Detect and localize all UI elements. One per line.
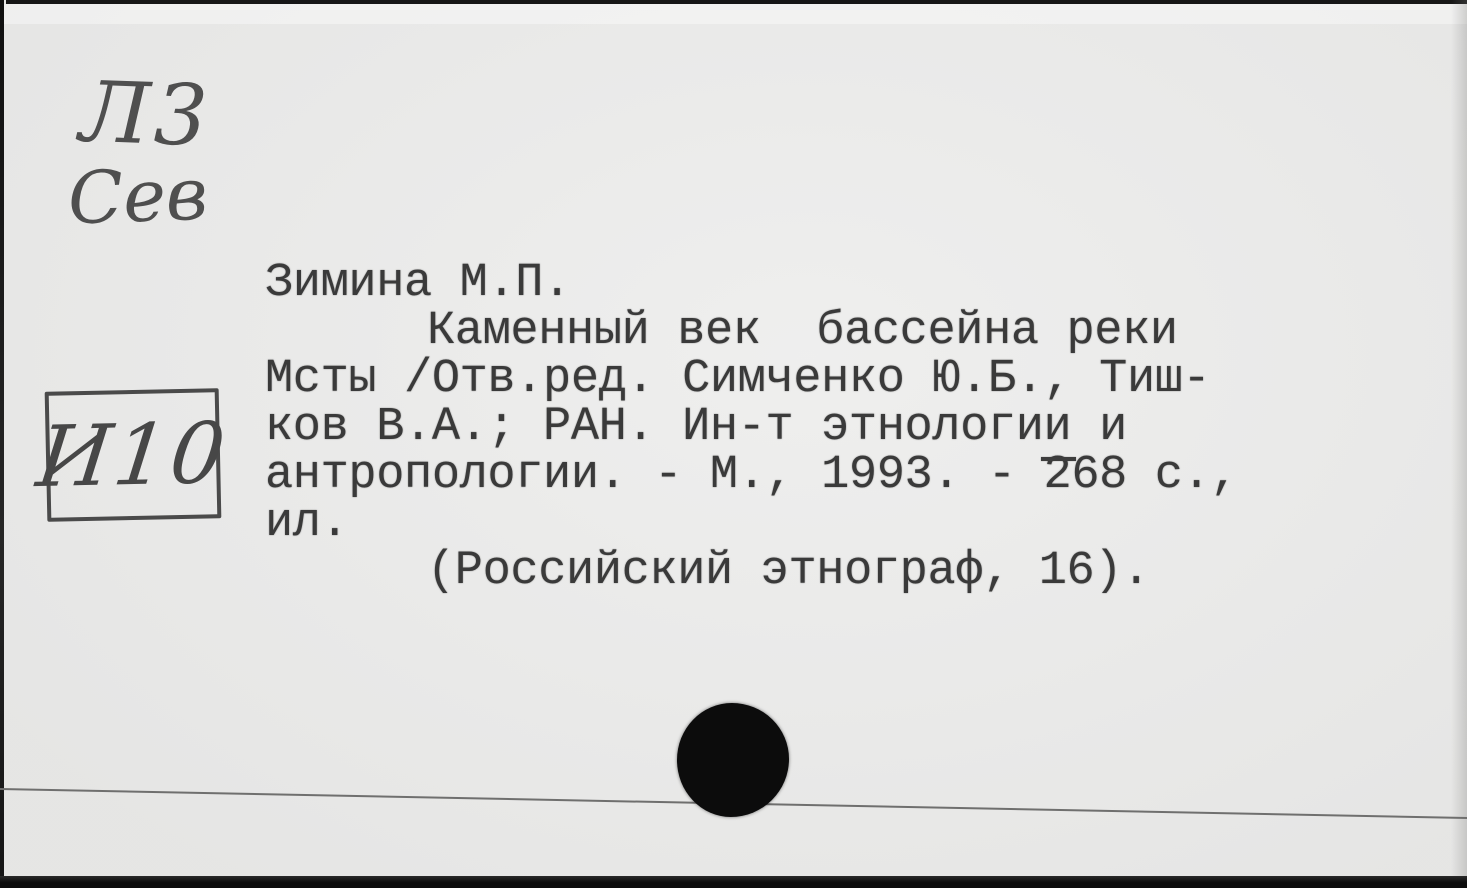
handwritten-classmark-sub: Сев <box>67 158 209 235</box>
entry-line: ил. <box>265 500 1238 548</box>
handwritten-classmark-top: Л3 <box>79 70 213 159</box>
handwritten-call-number: И10 <box>33 411 232 499</box>
entry-line: антропологии. - М., 1993. - 268 с., <box>265 452 1238 500</box>
entry-line: Мсты /Отв.ред. Симченко Ю.Б., Тиш- <box>265 356 1238 404</box>
entry-line: Каменный век бассейна реки <box>265 308 1238 356</box>
overstruck-character: 2 <box>1044 452 1072 500</box>
entry-line: Зимина М.П. <box>265 260 1238 308</box>
entry-line: ков В.А.; РАН. Ин-т этнологии и <box>265 404 1238 452</box>
entry-line-fragment: антропологии. - М., 1993. - <box>265 449 1044 502</box>
call-number-box: И10 <box>45 388 222 522</box>
entry-line: (Российский этнограф, 16). <box>265 548 1238 596</box>
catalog-card-scan: Л3 Сев И10 Зимина М.П.Каменный век бассе… <box>0 0 1467 888</box>
entry-lines: Зимина М.П.Каменный век бассейна рекиМст… <box>265 260 1238 596</box>
entry-line-fragment: 68 с., <box>1071 449 1238 502</box>
